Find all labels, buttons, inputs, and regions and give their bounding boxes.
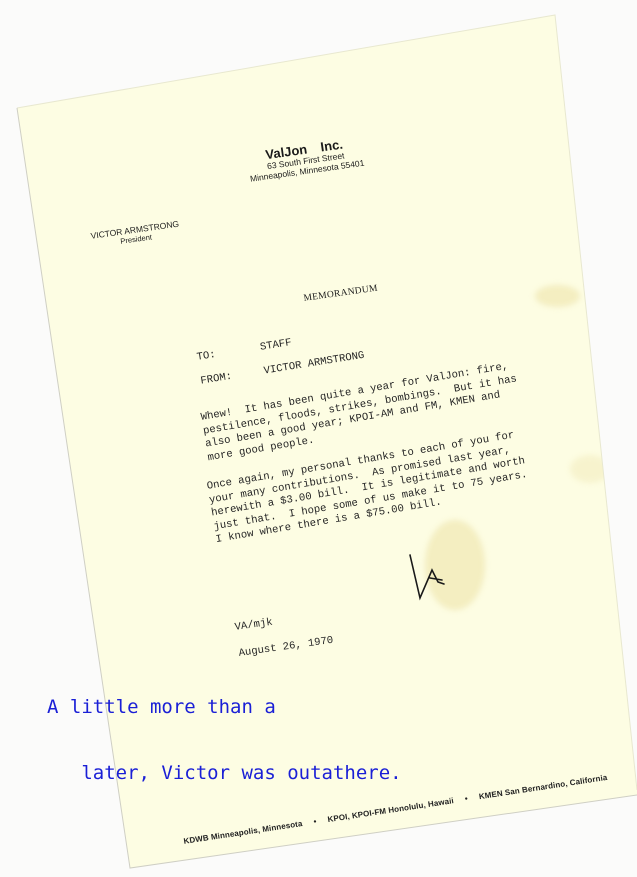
footer-separator: •	[313, 817, 317, 826]
footer-separator: •	[464, 794, 468, 803]
signature-initials	[400, 540, 460, 610]
paper-stain	[535, 285, 580, 307]
paper-stain	[570, 455, 610, 483]
caption-line-1: A little more than a	[47, 696, 402, 718]
caption-overlay: A little more than a later, Victor was o…	[47, 652, 402, 806]
caption-line-2: later, Victor was outathere.	[47, 762, 402, 784]
